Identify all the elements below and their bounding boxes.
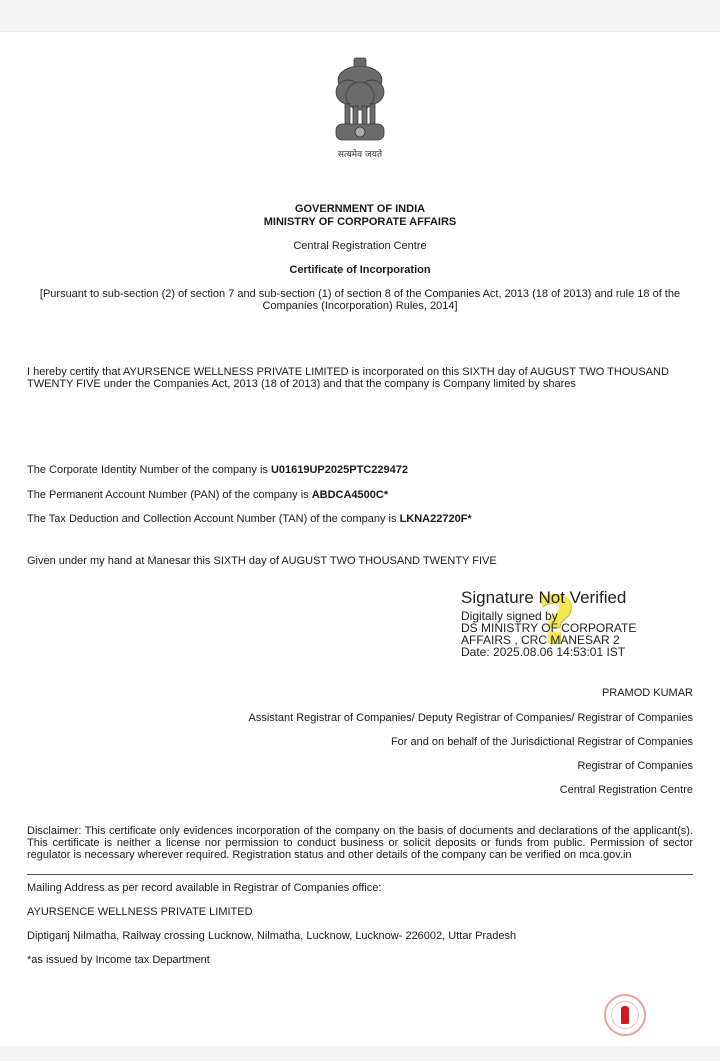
cin-label: The Corporate Identity Number of the com… [27,464,271,476]
registrar-behalf: For and on behalf of the Jurisdictional … [391,736,693,748]
mailing-address: Diptiganj Nilmatha, Railway crossing Luc… [27,930,687,942]
certification-statement: I hereby certify that AYURSENCE WELLNESS… [27,366,687,390]
signature-date: Date: 2025.08.06 14:53:01 IST [461,646,701,658]
ministry-label: MINISTRY OF CORPORATE AFFAIRS [20,216,700,229]
divider [27,874,693,875]
registrar-centre: Central Registration Centre [560,784,693,796]
company-name: AYURSENCE WELLNESS PRIVATE LIMITED [123,366,349,378]
tan-line: The Tax Deduction and Collection Account… [27,513,687,525]
government-label: GOVERNMENT OF INDIA [20,203,700,216]
viewer-bottom-bar [0,1047,720,1061]
pan-value: ABDCA4500C* [312,489,388,501]
certificate-title: Certificate of Incorporation [20,264,700,276]
registrar-office: Registrar of Companies [577,760,693,772]
tan-label: The Tax Deduction and Collection Account… [27,513,400,525]
national-emblem: सत्यमेव जयते [318,52,402,162]
registrar-designation: Assistant Registrar of Companies/ Deputy… [249,712,693,724]
pan-line: The Permanent Account Number (PAN) of th… [27,489,687,501]
viewer-top-bar [0,0,720,32]
cin-value: U01619UP2025PTC229472 [271,464,408,476]
cin-line: The Corporate Identity Number of the com… [27,464,687,476]
mailing-company-name: AYURSENCE WELLNESS PRIVATE LIMITED [27,906,687,918]
official-seal-icon [604,994,646,1036]
heading-government: GOVERNMENT OF INDIA MINISTRY OF CORPORAT… [20,203,700,229]
footnote: *as issued by Income tax Department [27,954,687,966]
signature-status: Signature Not Verified [461,588,701,608]
emblem-motto: सत्यमेव जयते [318,147,402,160]
certificate-page: सत्यमेव जयते GOVERNMENT OF INDIA MINISTR… [0,32,720,1046]
tan-value: LKNA22720F* [400,513,472,525]
pan-label: The Permanent Account Number (PAN) of th… [27,489,312,501]
national-emblem-icon [318,52,402,147]
disclaimer: Disclaimer: This certificate only eviden… [27,825,693,861]
given-under-hand: Given under my hand at Manesar this SIXT… [27,555,687,567]
mailing-address-label: Mailing Address as per record available … [27,882,687,894]
seal-emblem [621,1006,629,1024]
certify-prefix: I hereby certify that [27,366,123,378]
digital-signature-block[interactable]: ? Signature Not Verified Digitally signe… [461,588,701,658]
registrar-name: PRAMOD KUMAR [602,687,693,699]
pursuant-clause: [Pursuant to sub-section (2) of section … [20,288,700,312]
centre-label: Central Registration Centre [20,240,700,252]
